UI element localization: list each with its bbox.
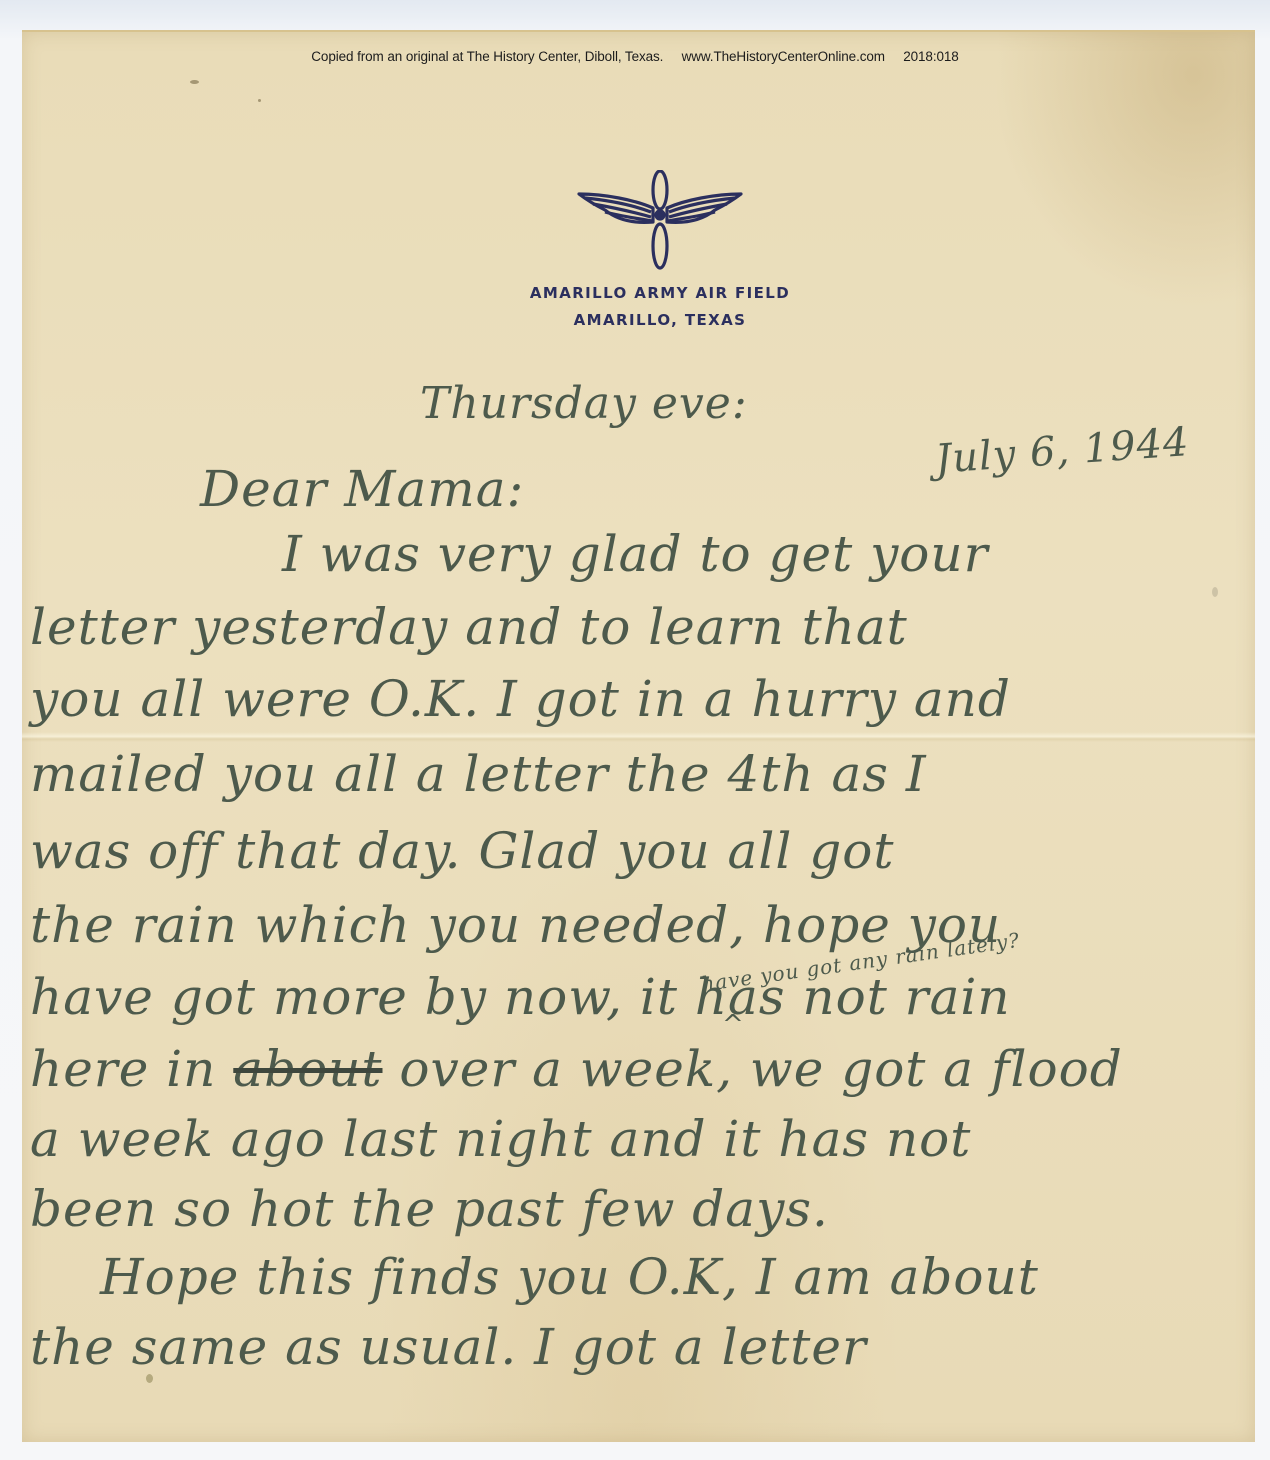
paper-stain (258, 99, 261, 102)
army-air-forces-wings-propeller-icon (575, 170, 745, 270)
letter-line-10: been so hot the past few days. (30, 1180, 829, 1238)
insertion-caret-mark: ^ (722, 1010, 744, 1040)
archive-catalog-number: 2018:018 (903, 49, 959, 64)
scanned-letter-page: Copied from an original at The History C… (0, 0, 1270, 1460)
letter-salutation: Dear Mama: (200, 460, 524, 518)
paper-fold-crease (22, 732, 1255, 742)
letter-line-6: the rain which you needed, hope you (30, 896, 1001, 954)
letter-line-7: have got more by now, it has not rain (30, 968, 1011, 1026)
paper-stain (1212, 587, 1218, 597)
struck-out-word: about (233, 1040, 382, 1098)
letter-line-1: I was very glad to get your (282, 525, 989, 583)
letter-line-3: you all were O.K. I got in a hurry and (30, 670, 1011, 728)
letterhead: AMARILLO ARMY AIR FIELD AMARILLO, TEXAS (480, 170, 840, 334)
letter-line-8-rest: over a week, we got a flood (399, 1040, 1122, 1098)
letter-line-12: the same as usual. I got a letter (30, 1318, 867, 1376)
letter-line-8: here in about over a week, we got a floo… (30, 1040, 1123, 1098)
archive-source-text: Copied from an original at The History C… (311, 49, 663, 64)
letter-line-9: a week ago last night and it has not (30, 1110, 971, 1168)
letter-line-11: Hope this finds you O.K, I am about (100, 1248, 1039, 1306)
letter-day-heading: Thursday eve: (420, 378, 748, 429)
letter-line-4: mailed you all a letter the 4th as I (30, 745, 927, 803)
letterhead-field-name: AMARILLO ARMY AIR FIELD (480, 280, 840, 307)
letterhead-location: AMARILLO, TEXAS (480, 307, 840, 334)
paper-stain (190, 80, 199, 84)
letter-line-2: letter yesterday and to learn that (30, 598, 908, 656)
archive-copy-notice: Copied from an original at The History C… (0, 49, 1270, 64)
letter-line-8-start: here in (30, 1040, 216, 1098)
archive-website-text: www.TheHistoryCenterOnline.com (682, 49, 885, 64)
letter-line-5: was off that day. Glad you all got (30, 822, 894, 880)
